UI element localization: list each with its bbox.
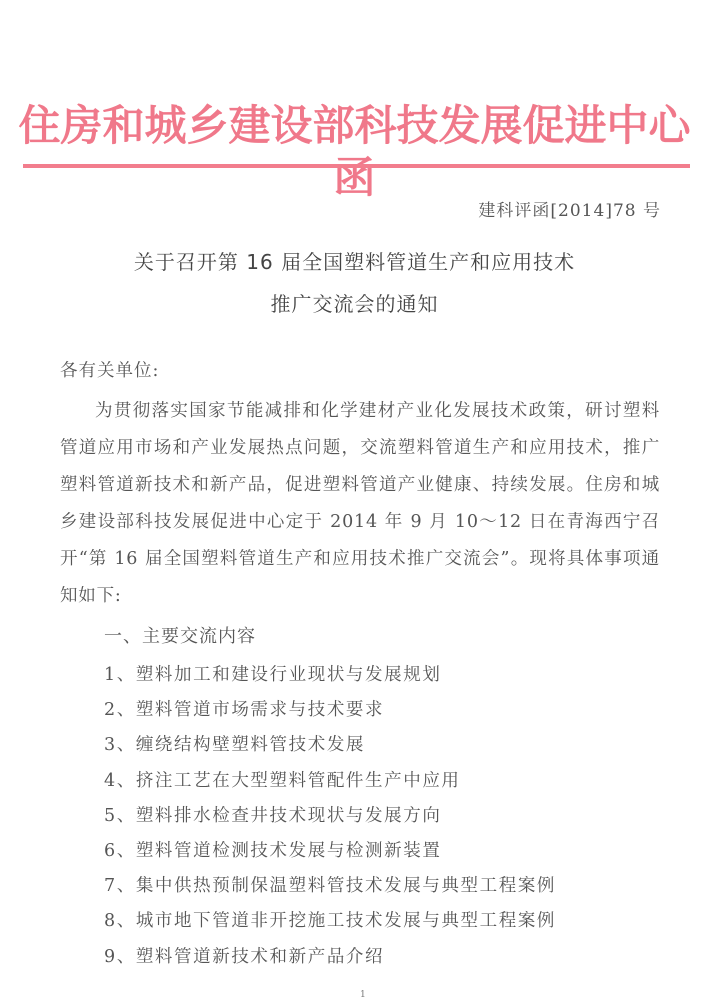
- list-item: 6、塑料管道检测技术发展与检测新装置: [104, 834, 556, 869]
- list-item: 8、城市地下管道非开挖施工技术发展与典型工程案例: [104, 904, 556, 939]
- section-heading: 一、主要交流内容: [104, 622, 256, 648]
- list-item: 1、塑料加工和建设行业现状与发展规划: [104, 658, 556, 693]
- list-item: 5、塑料排水检查井技术现状与发展方向: [104, 799, 556, 834]
- letterhead-divider: [23, 164, 690, 168]
- list-item: 9、塑料管道新技术和新产品介绍: [104, 940, 556, 975]
- page-number: 1: [360, 990, 366, 1000]
- list-item: 7、集中供热预制保温塑料管技术发展与典型工程案例: [104, 869, 556, 904]
- notice-title-line-1: 关于召开第 16 届全国塑料管道生产和应用技术: [0, 246, 709, 275]
- document-number: 建科评函[2014]78 号: [478, 196, 661, 221]
- salutation: 各有关单位:: [60, 357, 159, 382]
- list-item: 4、挤注工艺在大型塑料管配件生产中应用: [104, 764, 556, 799]
- topic-list: 1、塑料加工和建设行业现状与发展规划 2、塑料管道市场需求与技术要求 3、缠绕结…: [104, 658, 556, 975]
- intro-paragraph: 为贯彻落实国家节能减排和化学建材产业化发展技术政策，研讨塑料管道应用市场和产业发…: [60, 393, 660, 615]
- notice-title-line-2: 推广交流会的通知: [0, 288, 709, 317]
- list-item: 3、缠绕结构壁塑料管技术发展: [104, 728, 556, 763]
- letterhead-title: 住房和城乡建设部科技发展促进中心函: [0, 100, 709, 204]
- list-item: 2、塑料管道市场需求与技术要求: [104, 693, 556, 728]
